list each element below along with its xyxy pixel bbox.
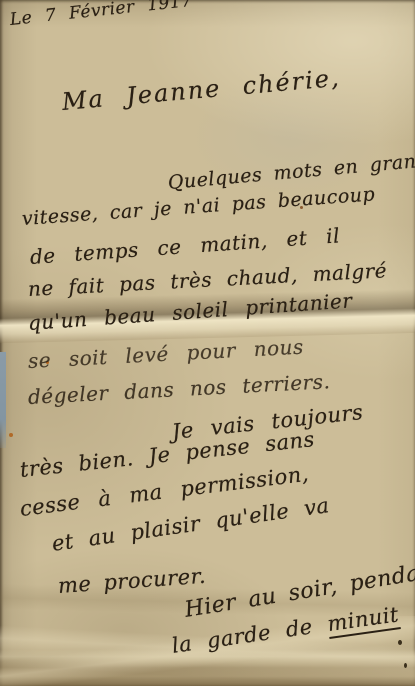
underlined-word: minuit: [326, 602, 401, 639]
letter-scan: Le 7 Février 1917 Ma Jeanne chérie, Quel…: [0, 0, 415, 686]
body-line: se soit levé pour nous: [27, 335, 304, 373]
date-line: Le 7 Février 1917: [9, 0, 194, 30]
ink-speck: [398, 640, 402, 645]
ink-speck: [404, 663, 407, 668]
blue-backing-strip: [0, 352, 6, 448]
body-line: me procurer.: [57, 564, 207, 598]
salutation-line: Ma Jeanne chérie,: [61, 64, 342, 116]
foxing-speck: [9, 433, 13, 437]
body-line: dégeler dans nos terriers.: [27, 369, 330, 409]
body-line: Quelques mots en grande: [167, 148, 415, 194]
